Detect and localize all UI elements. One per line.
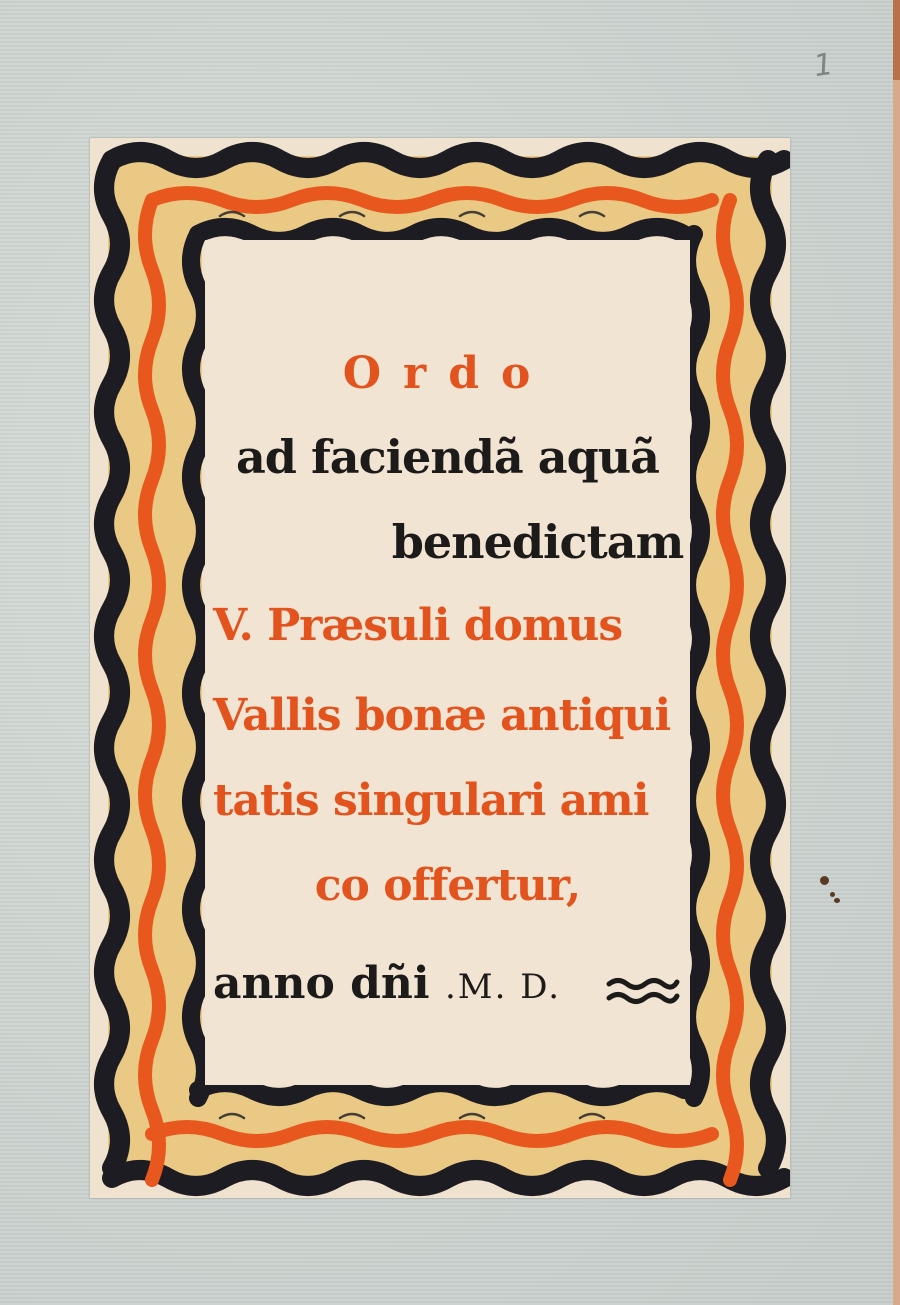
text-line-1: ad faciendã aquã bbox=[205, 430, 690, 484]
binding-edge bbox=[893, 0, 900, 1305]
text-line-5: tatis singulari ami bbox=[205, 775, 698, 826]
wavy-tilde-mark-icon bbox=[605, 975, 680, 1005]
text-panel: Ordo ad faciendã aquã benedictam V. Præs… bbox=[205, 240, 690, 1085]
text-line-3: V. Præsuli domus bbox=[205, 600, 698, 651]
ink-stain bbox=[820, 876, 829, 885]
date-numerals: .M. D. bbox=[445, 967, 561, 1007]
date-prefix: anno dñi bbox=[213, 958, 430, 1009]
ink-stain bbox=[830, 892, 835, 897]
ink-stain bbox=[834, 898, 840, 903]
text-line-6: co offertur, bbox=[205, 860, 700, 911]
manuscript-leaf: Ordo ad faciendã aquã benedictam V. Præs… bbox=[90, 138, 790, 1198]
text-line-4: Vallis bonæ antiqui bbox=[205, 690, 698, 741]
text-line-2: benedictam bbox=[205, 515, 780, 569]
title-ordo: Ordo bbox=[205, 348, 690, 399]
